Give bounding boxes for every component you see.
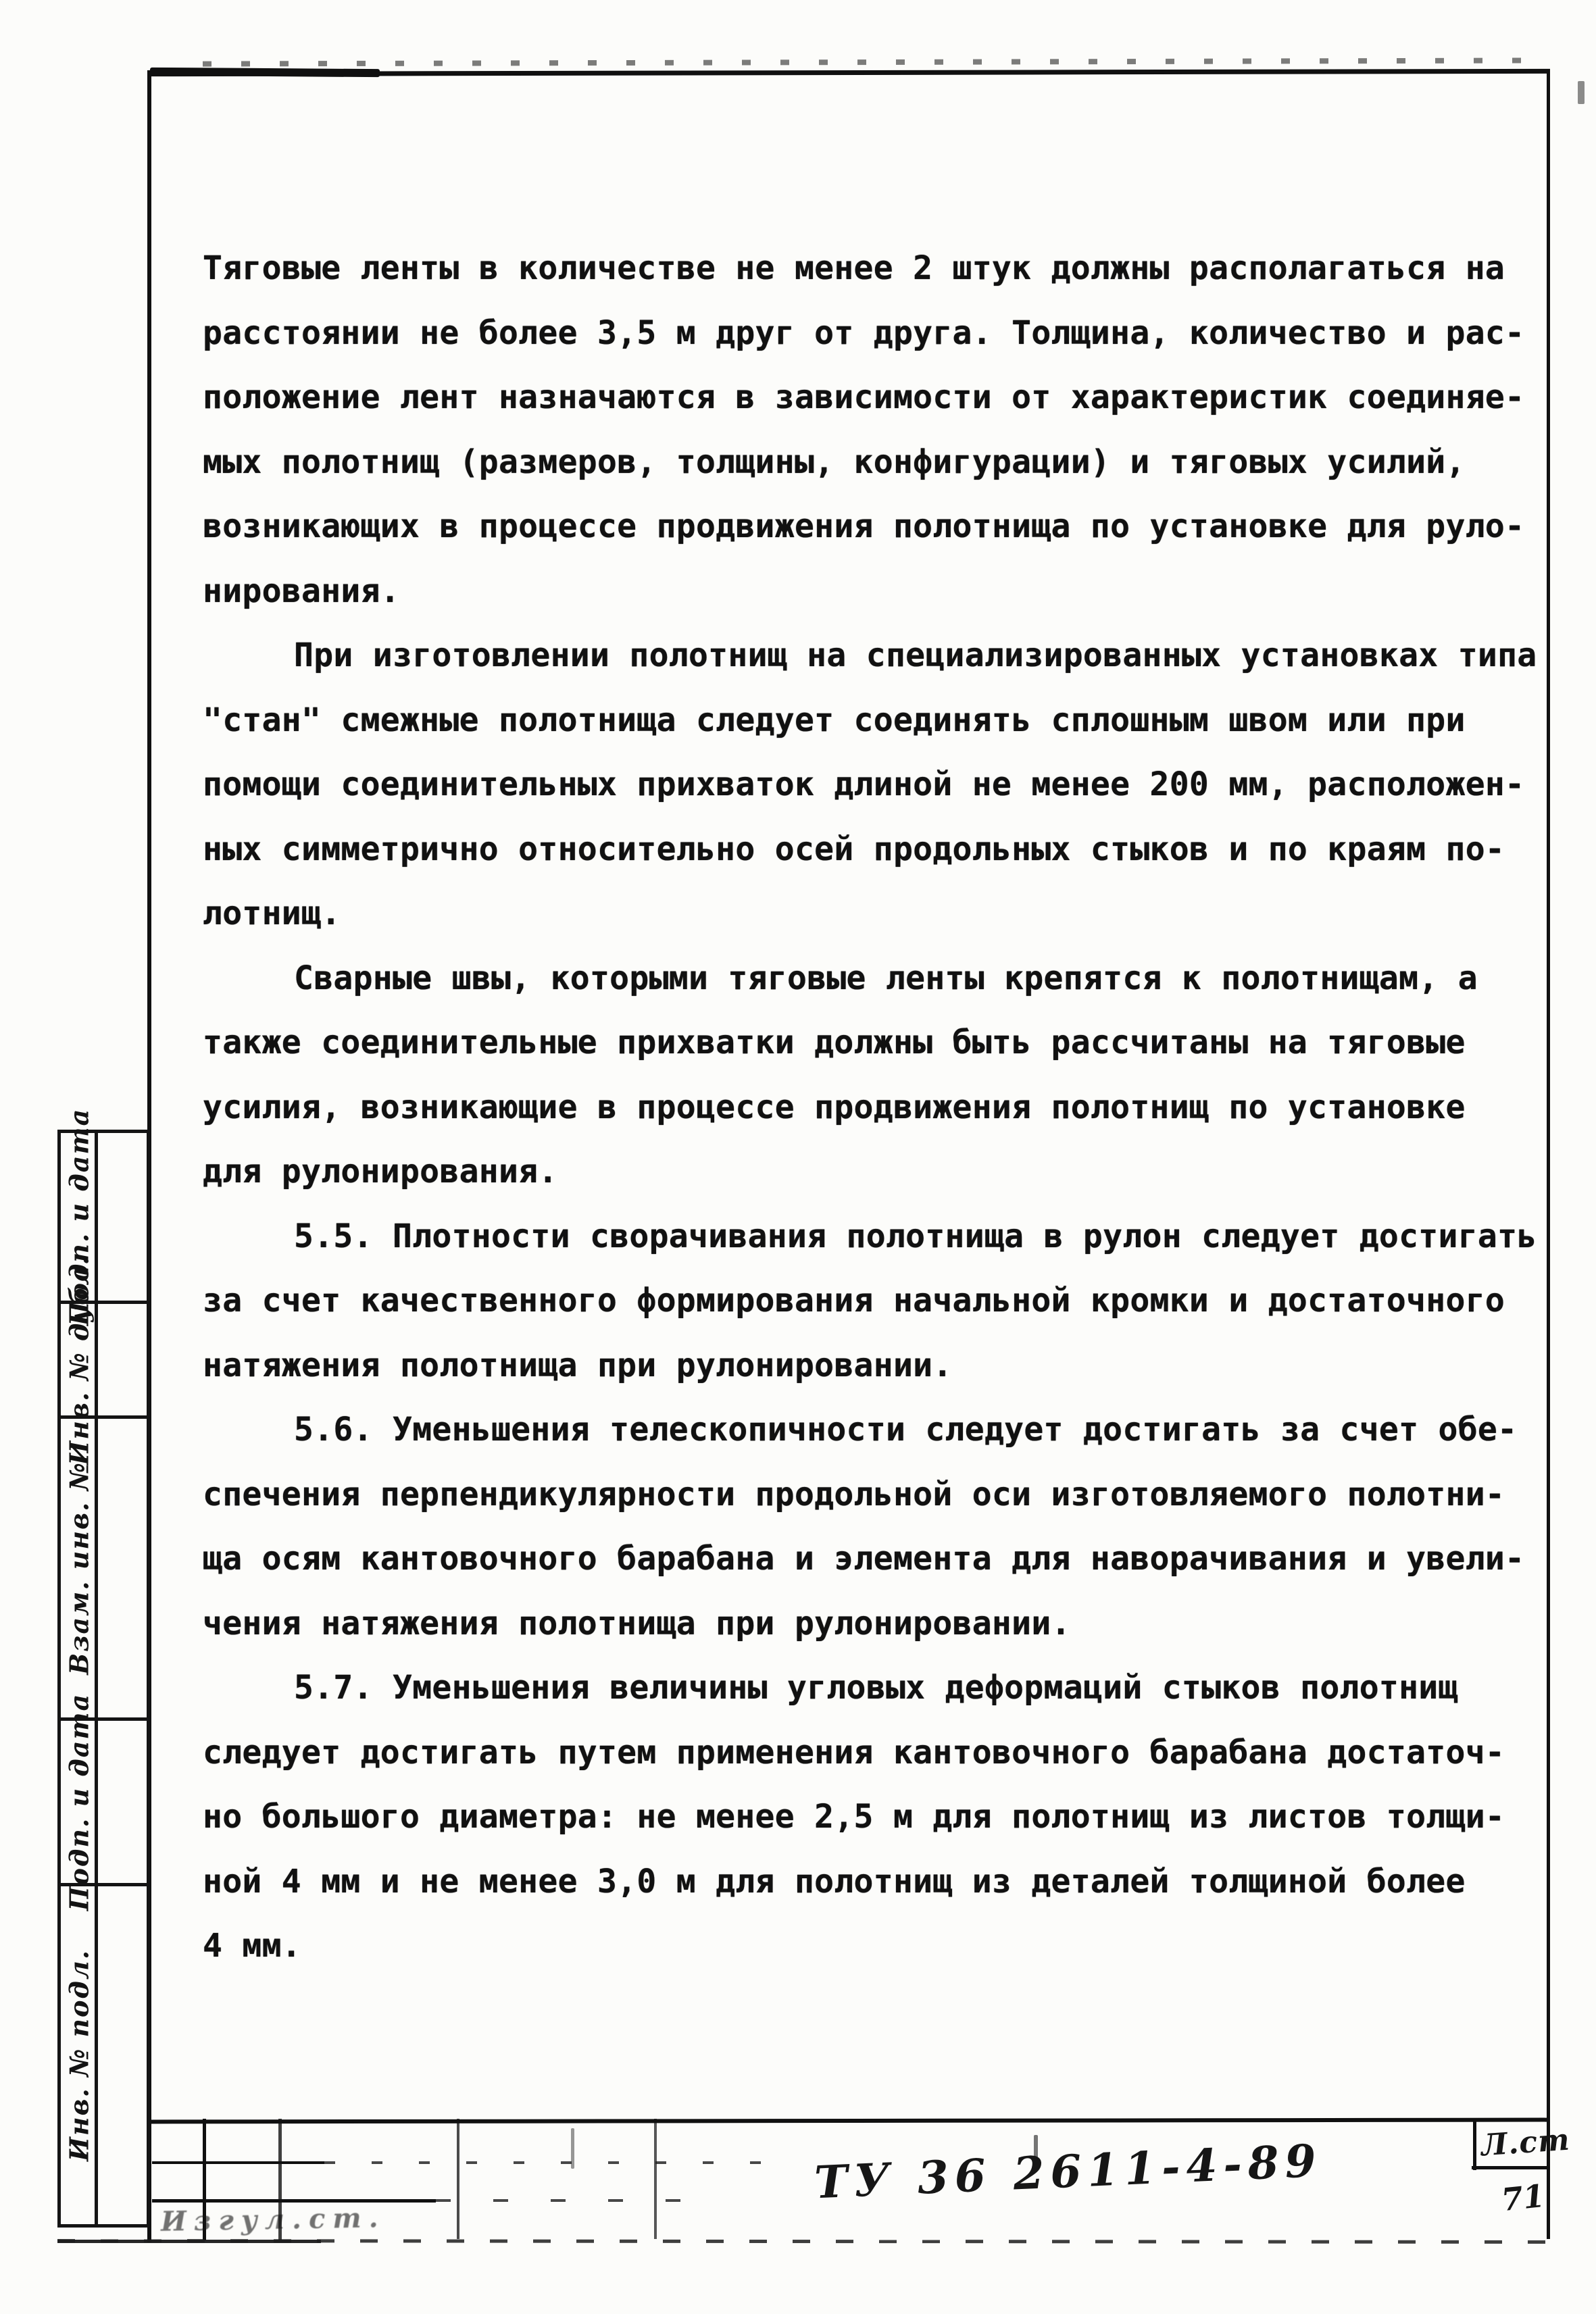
sidebar-stamp-cell: Инв. № подл.	[57, 1883, 150, 2228]
sidebar-stamp-cell: Подп. и дата	[57, 1717, 150, 1886]
title-block-row-line-1-dashed	[324, 2161, 797, 2164]
doc-number-handwritten: ТУ 36 2611-4-89	[814, 2134, 1323, 2209]
text-line: 5.6. Уменьшения телескопичности следует …	[203, 1398, 1561, 1463]
text-line: При изготовлении полотнищ на специализир…	[203, 624, 1561, 688]
sidebar-cell-label: Подп. и дата	[64, 1693, 95, 1911]
text-line: следует достигать путем применения канто…	[203, 1721, 1561, 1786]
text-line: натяжения полотнища при рулонировании.	[203, 1334, 1561, 1399]
sidebar-cell-label: Взам. инв. №	[64, 1461, 95, 1675]
scanned-document-page: Тяговые ленты в количестве не менее 2 шт…	[0, 0, 1596, 2314]
text-line: Тяговые ленты в количестве не менее 2 шт…	[203, 236, 1561, 301]
sidebar-cell-divider	[95, 1419, 98, 1717]
sidebar-stamp-cell: Взам. инв. №	[57, 1415, 150, 1721]
footer-scribble-handwritten: Изгул.ст.	[161, 2202, 386, 2238]
text-line: 5.7. Уменьшения величины угловых деформа…	[203, 1656, 1561, 1721]
text-line: 4 мм.	[203, 1914, 1561, 1979]
title-block-row-line-1	[152, 2161, 324, 2164]
title-block-top-line	[150, 2118, 1549, 2124]
scan-speck	[1578, 81, 1585, 104]
text-line: ных симметрично относительно осей продол…	[203, 818, 1561, 882]
title-block-row-line-2	[152, 2199, 436, 2203]
text-line: возникающих в процессе продвижения полот…	[203, 495, 1561, 559]
text-line: положение лент назначаются в зависимости…	[203, 366, 1561, 430]
sidebar-cell-divider	[95, 1886, 98, 2224]
sheet-label-handwritten: Л.ст	[1480, 2122, 1571, 2163]
text-line: ной 4 мм и не менее 3,0 м для полотнищ и…	[203, 1850, 1561, 1915]
text-line: нирования.	[203, 559, 1561, 624]
frame-top-ink-smear	[150, 68, 380, 77]
sidebar-cell-divider	[95, 1304, 98, 1415]
sheet-number-handwritten: 71	[1499, 2178, 1546, 2218]
scan-speck	[571, 2128, 574, 2169]
text-line: помощи соединительных прихваток длиной н…	[203, 753, 1561, 818]
body-text: Тяговые ленты в количестве не менее 2 шт…	[203, 236, 1561, 1979]
text-line: "стан" смежные полотнища следует соединя…	[203, 688, 1561, 753]
sidebar-cell-divider	[95, 1133, 98, 1301]
sidebar-stamp-cell: Инв. № дубл.	[57, 1301, 150, 1419]
title-block-vline-4	[654, 2119, 657, 2239]
sheet-box-left-line	[1473, 2119, 1476, 2170]
text-line: за счет качественного формирования начал…	[203, 1269, 1561, 1334]
sidebar-cell-divider	[95, 1721, 98, 1883]
text-line: ща осям кантовочного барабана и элемента…	[203, 1527, 1561, 1592]
title-block-vline-3	[457, 2119, 459, 2239]
text-line: также соединительные прихватки должны бы…	[203, 1011, 1561, 1076]
text-line: мых полотнищ (размеров, толщины, конфигу…	[203, 430, 1561, 495]
text-line: для рулонирования.	[203, 1140, 1561, 1205]
title-block-row-line-2-dashed	[436, 2199, 720, 2202]
text-line: 5.5. Плотности сворачивания полотнища в …	[203, 1205, 1561, 1269]
text-line: но большого диаметра: не менее 2,5 м для…	[203, 1785, 1561, 1850]
text-line: лотнищ.	[203, 882, 1561, 947]
sidebar-stamp-column: Подп. и датаИнв. № дубл.Взам. инв. №Подп…	[57, 1130, 150, 2228]
text-line: Сварные швы, которыми тяговые ленты креп…	[203, 947, 1561, 1011]
sidebar-cell-label: Инв. № подл.	[64, 1949, 95, 2161]
scan-noise-strip	[203, 57, 1547, 66]
text-line: чения натяжения полотнища при рулонирова…	[203, 1592, 1561, 1657]
text-line: расстоянии не более 3,5 м друг от друга.…	[203, 301, 1561, 366]
sheet-box-bottom-line	[1472, 2166, 1549, 2169]
text-line: спечения перпендикулярности продольной о…	[203, 1463, 1561, 1528]
text-line: усилия, возникающие в процессе продвижен…	[203, 1076, 1561, 1140]
